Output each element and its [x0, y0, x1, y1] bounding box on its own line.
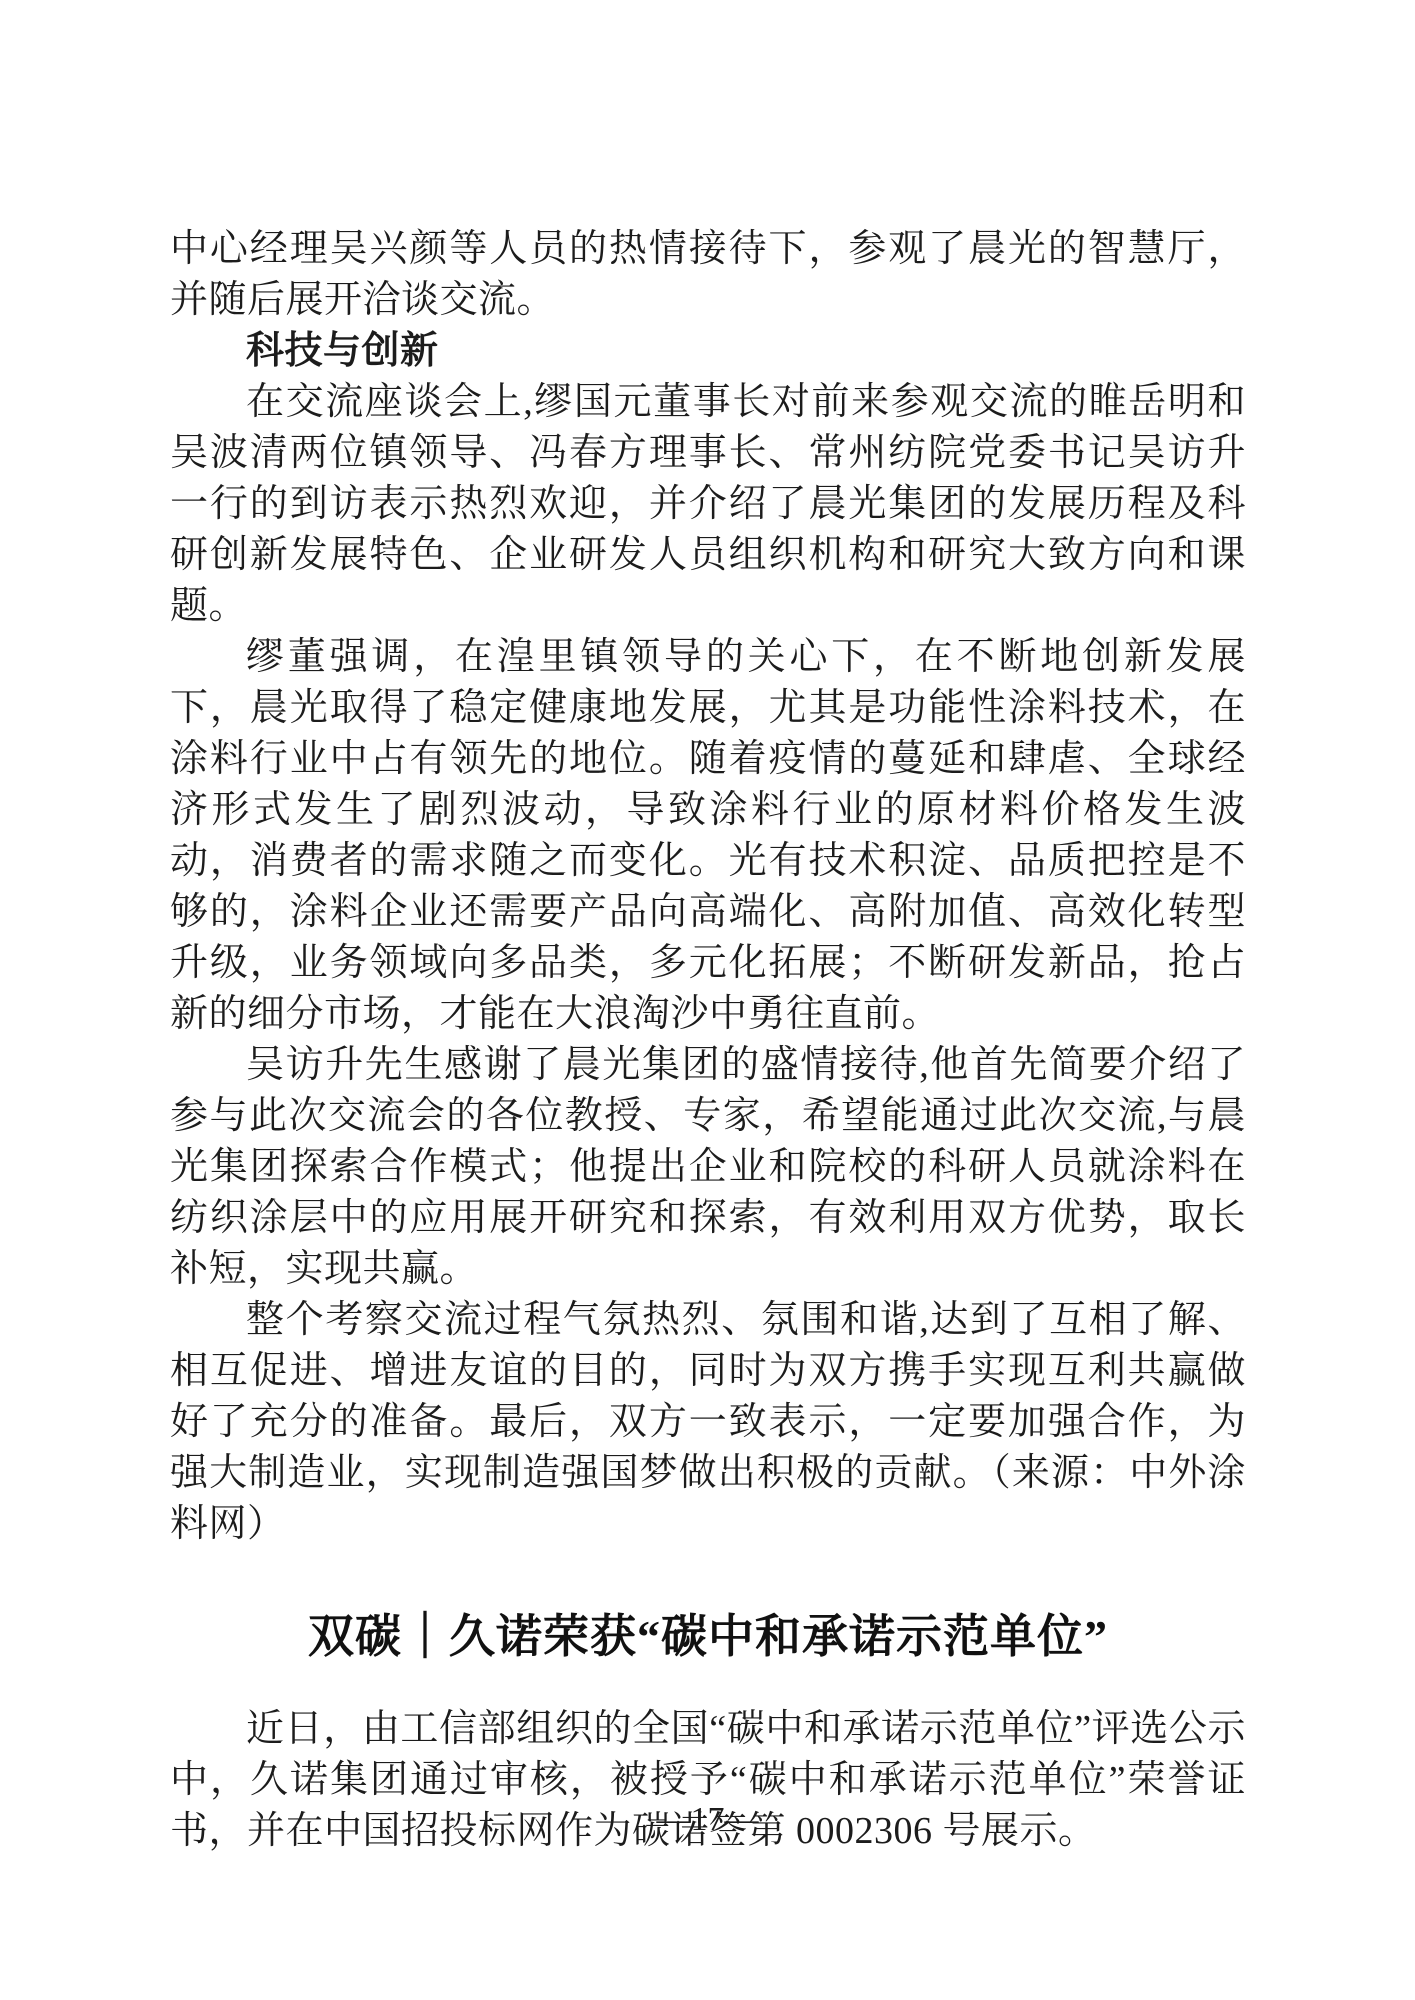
paragraph: 整个考察交流过程气氛热烈、氛围和谐,达到了互相了解、相互促进、增进友谊的目的，同… — [170, 1295, 1246, 1550]
paragraph: 缪董强调，在湟里镇领导的关心下，在不断地创新发展下，晨光取得了稳定健康地发展，尤… — [170, 632, 1246, 1040]
page-number: —17— — [0, 1800, 1415, 1840]
document-page: 中心经理吴兴颜等人员的热情接待下，参观了晨光的智慧厅，并随后展开洽谈交流。 科技… — [0, 0, 1415, 2000]
paragraph-continuation: 中心经理吴兴颜等人员的热情接待下，参观了晨光的智慧厅，并随后展开洽谈交流。 — [170, 224, 1246, 326]
page-content: 中心经理吴兴颜等人员的热情接待下，参观了晨光的智慧厅，并随后展开洽谈交流。 科技… — [170, 224, 1246, 1857]
article-title: 双碳｜久诺荣获“碳中和承诺示范单位” — [170, 1606, 1246, 1668]
paragraph: 在交流座谈会上,缪国元董事长对前来参观交流的睢岳明和吴波清两位镇领导、冯春方理事… — [170, 377, 1246, 632]
section-heading: 科技与创新 — [170, 326, 1246, 377]
paragraph: 吴访升先生感谢了晨光集团的盛情接待,他首先简要介绍了参与此次交流会的各位教授、专… — [170, 1040, 1246, 1295]
